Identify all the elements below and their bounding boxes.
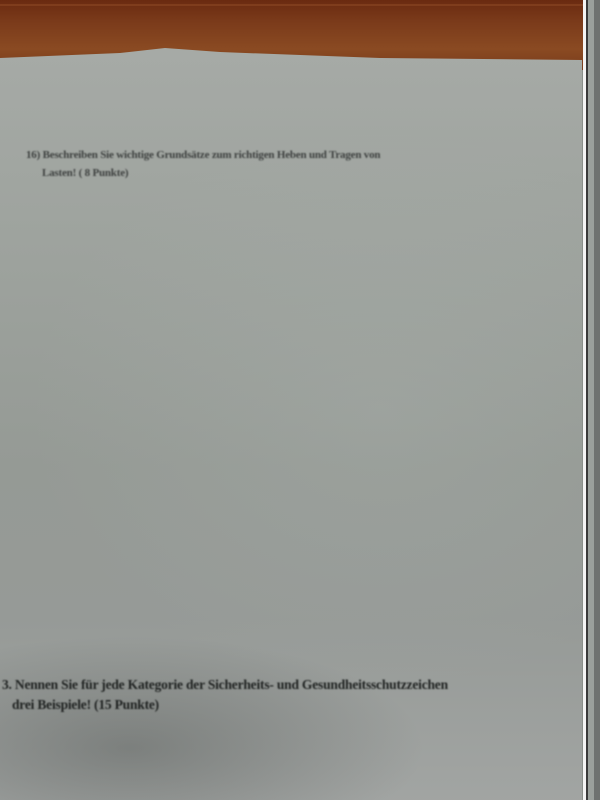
question-3-text-line1: Nennen Sie für jede Kategorie der Sicher… xyxy=(15,677,448,692)
question-16-text-line2: Lasten! ( 8 Punkte) xyxy=(26,164,546,182)
exam-question-16: 16) Beschreiben Sie wichtige Grundsätze … xyxy=(26,146,546,182)
photo-scene: 16) Beschreiben Sie wichtige Grundsätze … xyxy=(0,0,600,800)
question-3-text-line2: drei Beispiele! (15 Punkte) xyxy=(2,695,582,715)
question-16-text-line1: Beschreiben Sie wichtige Grundsätze zum … xyxy=(43,149,381,161)
question-16-number: 16) xyxy=(26,149,43,161)
background-edge xyxy=(594,0,600,800)
exam-question-3: 3. Nennen Sie für jede Kategorie der Sic… xyxy=(2,675,582,715)
question-3-number: 3. xyxy=(2,677,15,692)
